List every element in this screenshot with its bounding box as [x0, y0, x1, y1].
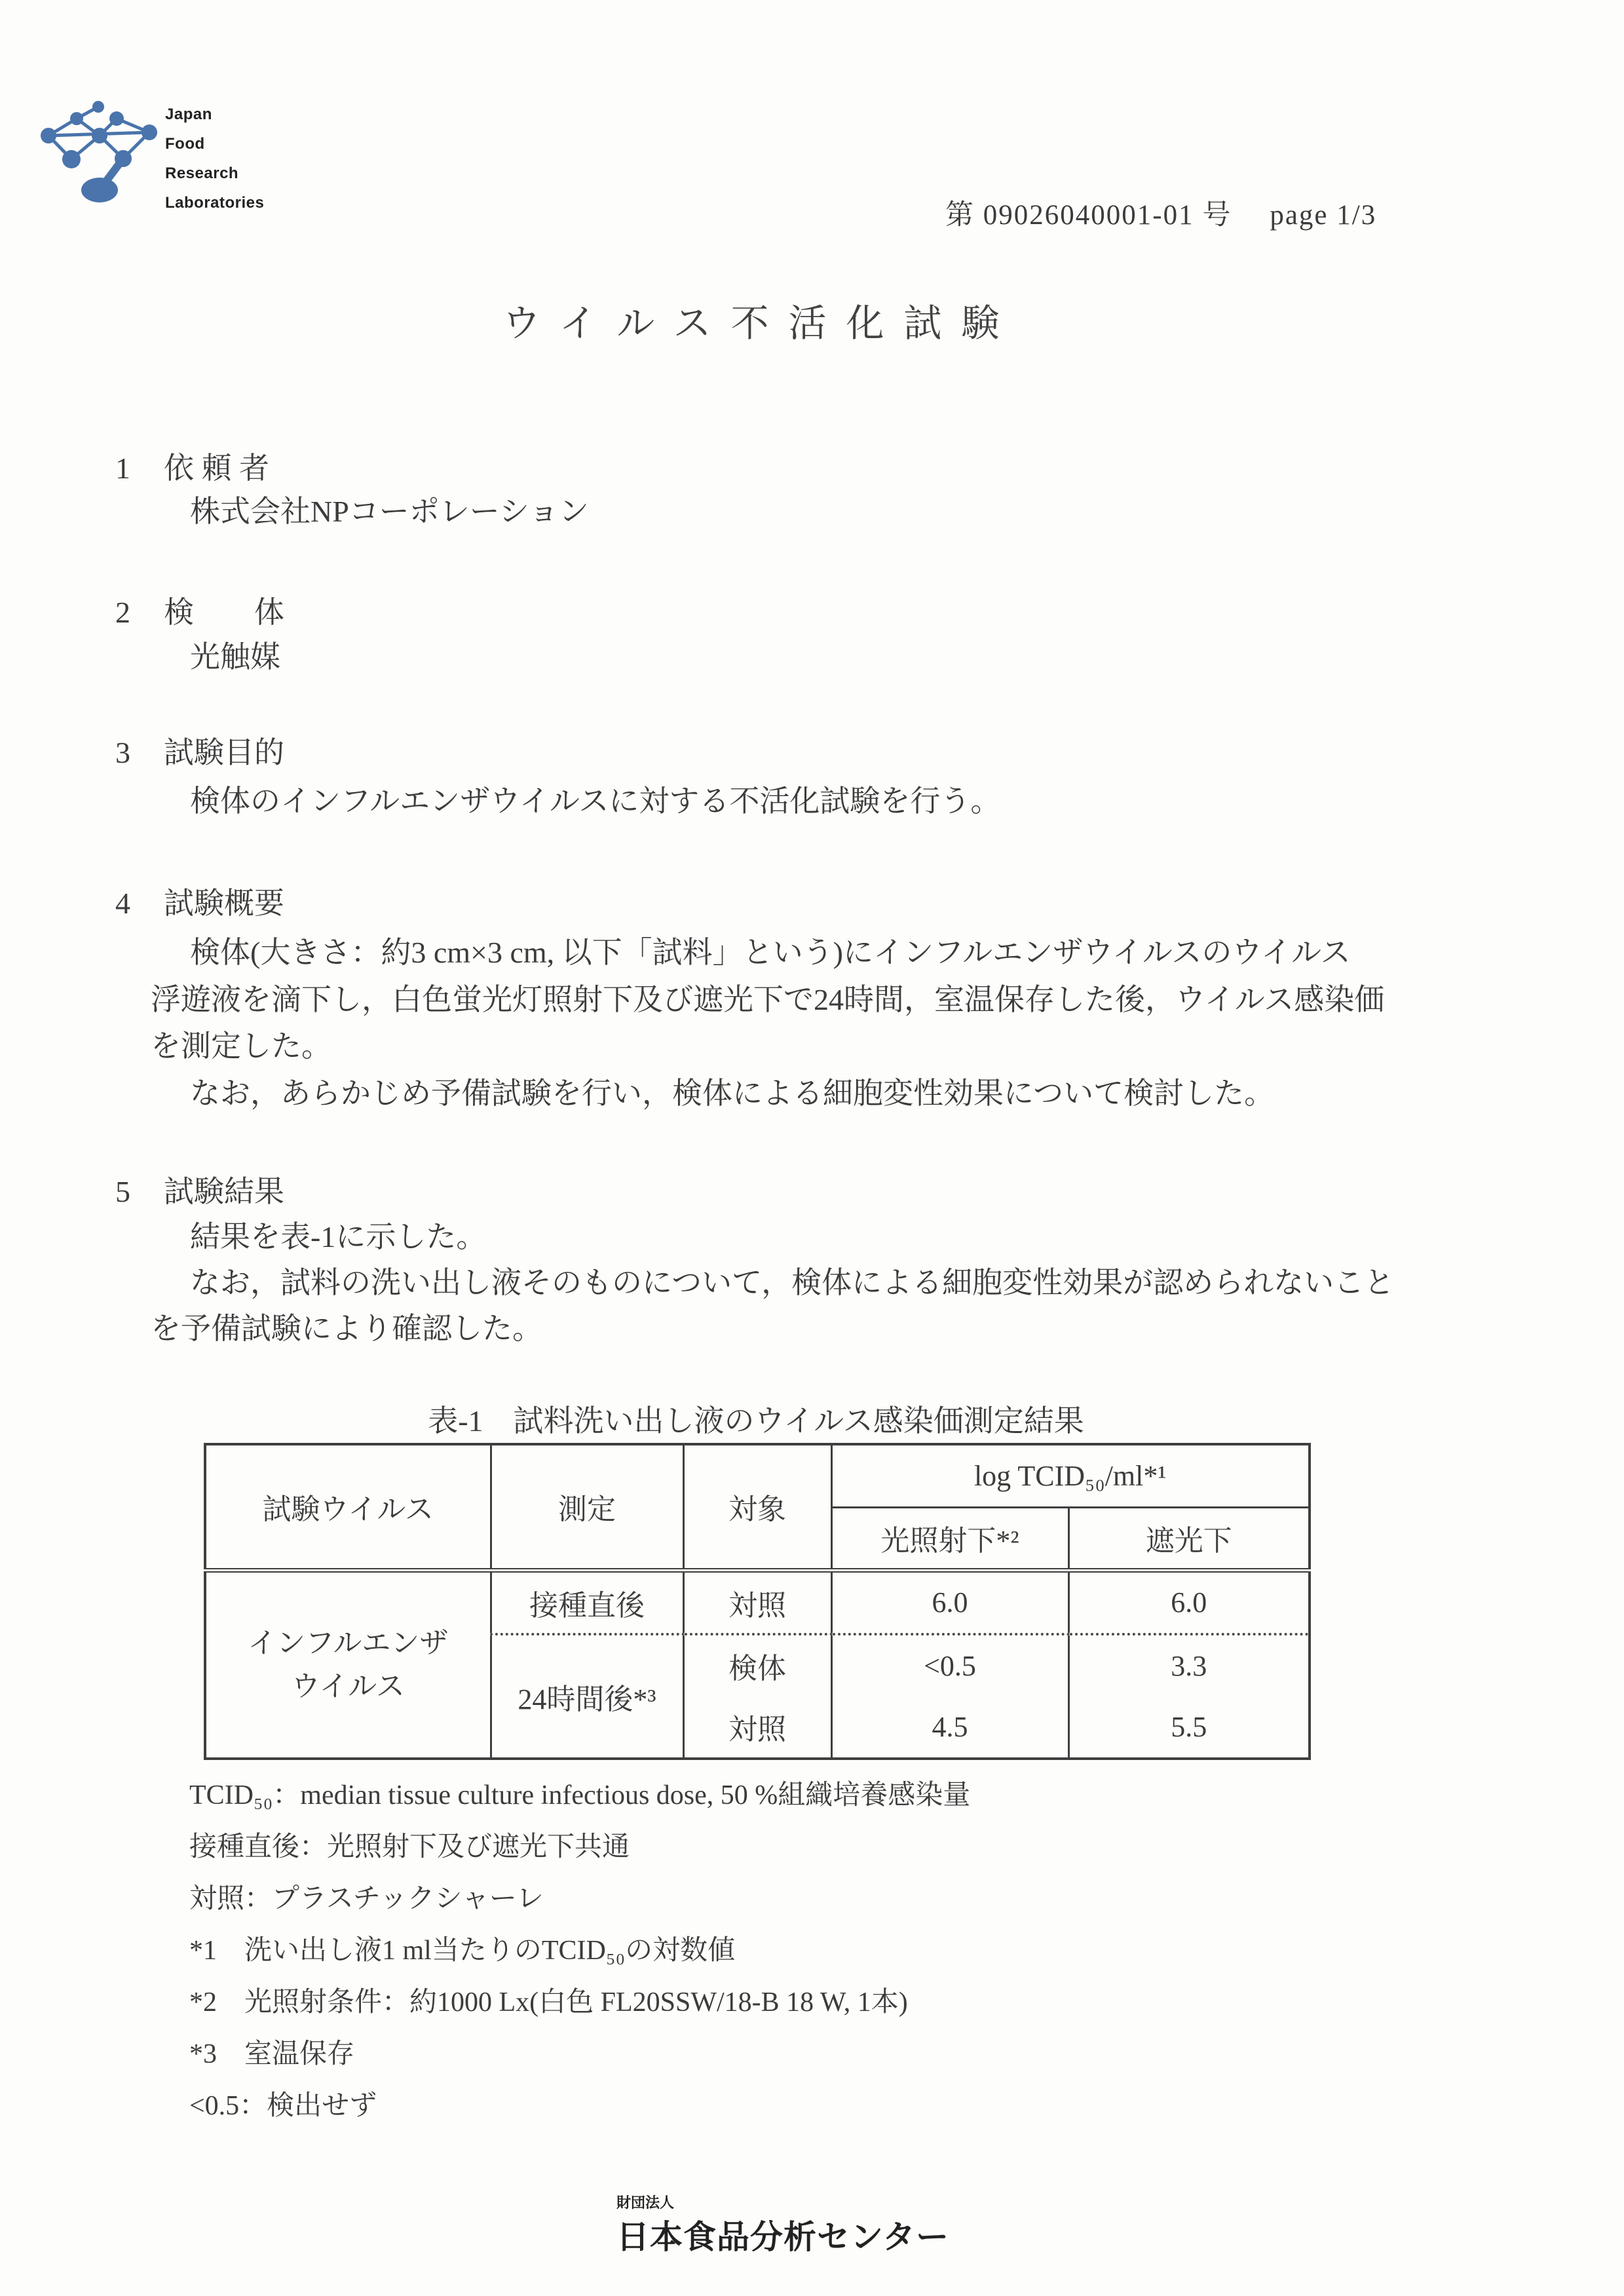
table-caption: 表-1 試料洗い出し液のウイルス感染価測定結果 — [204, 1397, 1308, 1440]
value-cell: 6.0 — [831, 1570, 1068, 1634]
body-line: を測定した。 — [151, 1022, 331, 1065]
footnote-line: TCID₅₀：median tissue culture infectious … — [189, 1773, 970, 1812]
section-number: 4 — [115, 886, 164, 921]
body-line: 光触媒 — [190, 633, 280, 676]
footnote-line: *3 室温保存 — [189, 2032, 354, 2071]
document-title: ウイルス不活化試験 — [502, 292, 1019, 347]
document-page: { "page": { "doc_number": "第 09026040001… — [0, 0, 1624, 2296]
section-1-heading: 1依 頼 者 — [115, 444, 269, 488]
doc-number: 第 09026040001-01 号 — [945, 200, 1232, 231]
value-cell: 3.3 — [1068, 1634, 1310, 1696]
footnote-line: <0.5：検出せず — [189, 2084, 377, 2123]
virus-name-line: ウイルス — [206, 1665, 490, 1708]
jfrl-molecule-logo-icon — [38, 90, 162, 208]
section-2-heading: 2検 体 — [115, 588, 284, 632]
section-3-heading: 3試験目的 — [115, 729, 284, 772]
col-header-log-titer: log TCID₅₀/ml*¹ — [831, 1444, 1310, 1507]
footnote-line: *1 洗い出し液1 ml当たりのTCID₅₀の対数値 — [189, 1928, 735, 1968]
virus-name-cell: インフルエンザ ウイルス — [205, 1570, 491, 1759]
footer-org-name: 日本食品分析センター — [616, 2211, 949, 2258]
body-line: 浮遊液を滴下し，白色蛍光灯照射下及び遮光下で24時間，室温保存した後，ウイルス感… — [151, 976, 1384, 1019]
body-line: なお，あらかじめ予備試験を行い，検体による細胞変性効果について検討した。 — [190, 1069, 1274, 1113]
body-line: 検体(大きさ：約3 cm×3 cm, 以下「試料」という)にインフルエンザウイル… — [190, 928, 1351, 972]
logo-wordmark-line: Japan — [165, 100, 264, 129]
col-header-measure: 測定 — [491, 1444, 683, 1570]
section-heading-text: 試験目的 — [164, 736, 284, 769]
section-heading-text: 試験結果 — [164, 1175, 284, 1208]
page-indicator: page 1/3 — [1270, 200, 1376, 231]
footer-org-type: 財団法人 — [616, 2195, 949, 2211]
section-heading-text: 依 頼 者 — [164, 451, 269, 485]
section-number: 1 — [115, 451, 164, 486]
section-heading-text: 試験概要 — [164, 887, 284, 920]
target-cell: 検体 — [683, 1634, 831, 1696]
target-cell: 対照 — [683, 1570, 831, 1634]
logo-wordmark: Japan Food Research Laboratories — [165, 100, 264, 218]
col-header-under-light: 光照射下*² — [831, 1507, 1068, 1570]
footnote-line: 対照：プラスチックシャーレ — [189, 1877, 544, 1916]
logo-wordmark-line: Research — [165, 159, 264, 188]
section-number: 2 — [115, 595, 164, 630]
col-header-shaded: 遮光下 — [1068, 1507, 1310, 1570]
logo-wordmark-line: Food — [165, 129, 264, 159]
section-4-heading: 4試験概要 — [115, 879, 284, 923]
value-cell: 6.0 — [1068, 1570, 1310, 1634]
target-cell: 対照 — [683, 1696, 831, 1759]
col-header-test-virus: 試験ウイルス — [205, 1444, 491, 1570]
footer-org-wordmark: 財団法人 日本食品分析センター — [616, 2195, 949, 2258]
section-5-heading: 5試験結果 — [115, 1168, 284, 1211]
body-line: 検体のインフルエンザウイルスに対する不活化試験を行う。 — [190, 777, 1000, 820]
value-cell: 5.5 — [1068, 1696, 1310, 1759]
body-line: を予備試験により確認した。 — [151, 1305, 542, 1348]
results-table: 試験ウイルス 測定 対象 log TCID₅₀/ml*¹ 光照射下*² 遮光下 … — [204, 1443, 1311, 1760]
value-cell: <0.5 — [831, 1634, 1068, 1696]
footnote-line: 接種直後：光照射下及び遮光下共通 — [189, 1825, 630, 1864]
body-line: 株式会社NPコーポレーション — [190, 488, 589, 531]
measure-cell: 24時間後*³ — [491, 1634, 683, 1759]
virus-name-line: インフルエンザ — [206, 1622, 490, 1665]
footnote-line: *2 光照射条件：約1000 Lx(白色 FL20SSW/18-B 18 W, … — [189, 1980, 908, 2019]
body-line: 結果を表-1に示した。 — [190, 1213, 486, 1256]
section-heading-text: 検 体 — [164, 596, 284, 629]
col-header-target: 対象 — [683, 1444, 831, 1570]
body-line: なお，試料の洗い出し液そのものについて，検体による細胞変性効果が認められないこと — [190, 1259, 1394, 1302]
logo-wordmark-line: Laboratories — [165, 188, 264, 218]
doc-header-line: 第 09026040001-01 号page 1/3 — [945, 193, 1376, 233]
section-number: 5 — [115, 1174, 164, 1209]
measure-cell: 接種直後 — [491, 1570, 683, 1634]
section-number: 3 — [115, 735, 164, 770]
value-cell: 4.5 — [831, 1696, 1068, 1759]
